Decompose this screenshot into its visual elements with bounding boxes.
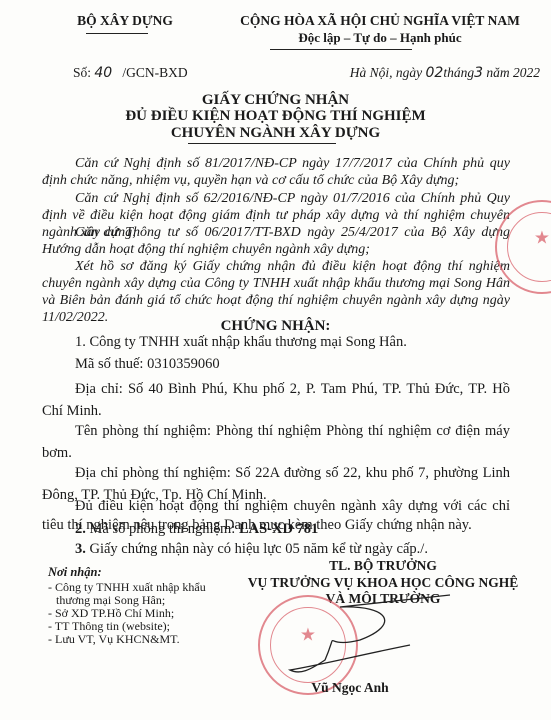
- divider: [86, 33, 148, 34]
- lab-name: Tên phòng thí nghiệm: Phòng thí nghiệm P…: [42, 420, 510, 464]
- preamble-4: Xét hồ sơ đăng ký Giấy chứng nhận đủ điề…: [42, 258, 510, 326]
- handwritten-month: 3: [474, 65, 483, 81]
- recipient-item: - Lưu VT, Vụ KHCN&MT.: [48, 633, 208, 646]
- document-subtitle: CHUYÊN NGÀNH XÂY DỰNG: [0, 125, 551, 141]
- divider: [270, 49, 412, 50]
- recipients: Nơi nhận: - Công ty TNHH xuất nhập khẩu …: [48, 566, 208, 646]
- item-1-company: 1. Công ty TNHH xuất nhập khẩu thương mạ…: [42, 331, 510, 353]
- preamble-1: Căn cứ Nghị định số 81/2017/NĐ-CP ngày 1…: [42, 155, 510, 189]
- national-title: CỘNG HÒA XÃ HỘI CHỦ NGHĨA VIỆT NAM: [220, 13, 540, 29]
- issuing-agency: BỘ XÂY DỰNG: [60, 13, 190, 29]
- item-3-validity: 3. Giấy chứng nhận này có hiệu lực 05 nă…: [42, 538, 510, 560]
- item-2-lab-code: 2. Mã số phòng thí nghiệm: LAS-XD 781: [42, 518, 510, 540]
- document-title: GIẤY CHỨNG NHẬN: [0, 92, 551, 108]
- signer-name: Vũ Ngọc Anh: [240, 680, 460, 696]
- divider: [188, 143, 336, 144]
- signature-icon: [280, 585, 520, 685]
- lab-code-value: LAS-XD 781: [239, 521, 318, 537]
- recipient-item: - Công ty TNHH xuất nhập khẩu thương mại…: [48, 581, 208, 607]
- handwritten-number: 40: [94, 65, 112, 81]
- recipients-heading: Nơi nhận:: [48, 566, 208, 579]
- company-address: Địa chỉ: Số 40 Bình Phú, Khu phố 2, P. T…: [42, 378, 510, 422]
- national-motto: Độc lập – Tự do – Hạnh phúc: [220, 30, 540, 46]
- tax-code: Mã số thuế: 0310359060: [42, 353, 510, 375]
- document-number: Số: 40 /GCN-BXD: [73, 65, 188, 81]
- preamble-3: Căn cứ Thông tư số 06/2017/TT-BXD ngày 2…: [42, 224, 510, 258]
- handwritten-day: 02: [425, 65, 443, 81]
- document-subtitle: ĐỦ ĐIỀU KIỆN HOẠT ĐỘNG THÍ NGHIỆM: [0, 108, 551, 124]
- signature-title-1: TL. BỘ TRƯỞNG: [218, 558, 548, 574]
- place-date: Hà Nội, ngày 02tháng3 năm 2022: [290, 65, 540, 81]
